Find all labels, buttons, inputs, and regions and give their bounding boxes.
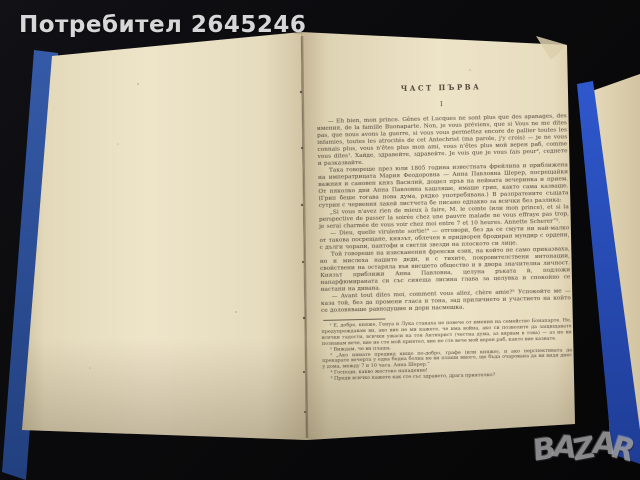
paragraph: Така говореше през юли 1805 година извес… — [318, 162, 569, 210]
user-watermark: Потребител 2645246 — [19, 12, 306, 38]
paragraph: Той говореше на изисканения френски език… — [320, 246, 571, 294]
chapter-numeral: I — [316, 97, 566, 111]
footnote-separator — [323, 318, 385, 320]
paragraph: — Avant tout dites moi, comment vous all… — [321, 288, 571, 315]
book-photo-scene: ЧАСТ ПЪРВА I — Eh bien, mon prince. Gêne… — [0, 0, 640, 480]
footnotes: ¹ Е, добре, княже, Генуа и Лука станаха … — [321, 318, 572, 383]
paragraph: — Eh bien, mon prince. Gênes et Lucques … — [317, 113, 568, 168]
body-paragraphs: — Eh bien, mon prince. Gênes et Lucques … — [317, 113, 571, 315]
book-page-content: ЧАСТ ПЪРВА I — Eh bien, mon prince. Gêne… — [316, 80, 573, 416]
left-page-bottom-shading — [22, 32, 307, 440]
bazar-logo: BAZAR — [532, 429, 640, 468]
logo-letter: Z — [572, 431, 594, 469]
